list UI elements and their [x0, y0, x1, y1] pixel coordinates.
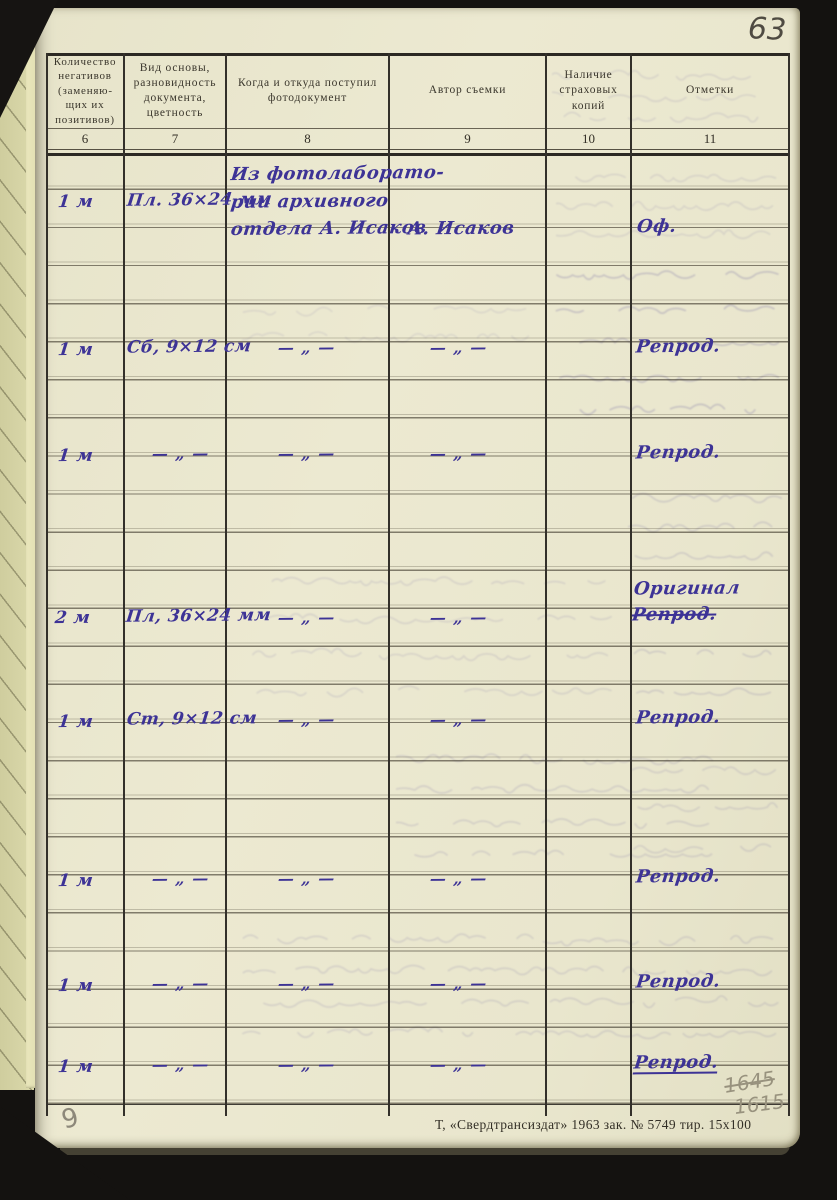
row3-marks: Репрод.	[635, 442, 722, 464]
row2-author: — „ —	[429, 338, 489, 358]
column-header-10: Наличие страховых копий	[547, 55, 630, 127]
column-line	[123, 53, 125, 1116]
row2-qty: 1 м	[57, 340, 94, 360]
row8-marks: Репрод.	[633, 1052, 720, 1074]
column-header-8: Когда и откуда поступил фотодокумент	[227, 55, 388, 127]
column-line	[545, 53, 547, 1116]
row3-source: — „ —	[277, 444, 337, 464]
row1-source-line3: отдела А. Исаков	[230, 217, 428, 240]
row4-marks-line2: Репрод.	[631, 604, 718, 626]
row5-author: — „ —	[429, 710, 489, 730]
ink-bleed	[242, 292, 538, 344]
column-header-9: Автор съемки	[390, 55, 545, 127]
header-bottom-thick	[46, 153, 790, 156]
row4-marks-line1: Оригинал	[633, 577, 741, 599]
column-number-11: 11	[632, 129, 788, 149]
row1-source-line1: Из фотолаборато-	[230, 162, 446, 185]
column-number-9: 9	[390, 129, 545, 149]
row5-base: Ст, 9×12 см	[126, 708, 258, 729]
column-line	[46, 53, 48, 1116]
row1-source-line2: рии архивного	[230, 190, 390, 213]
row4-qty: 2 м	[54, 608, 91, 628]
row7-author: — „ —	[429, 974, 489, 994]
row7-base: — „ —	[151, 974, 211, 994]
header-bottom-thin	[46, 149, 790, 150]
row5-source: — „ —	[277, 710, 337, 730]
ink-bleed	[630, 742, 786, 860]
row5-qty: 1 м	[57, 712, 94, 732]
row7-source: — „ —	[277, 974, 337, 994]
row8-author: — „ —	[429, 1055, 489, 1075]
row1-marks: Оф.	[636, 216, 678, 237]
column-header-6: Количество негативов (заменяю­щих их поз…	[47, 55, 123, 127]
pencil-corner-mark: 9	[59, 1102, 82, 1135]
column-number-10: 10	[547, 129, 630, 149]
column-line	[225, 53, 227, 1116]
row6-marks: Репрод.	[635, 866, 722, 888]
row6-author: — „ —	[429, 869, 489, 889]
row5-marks: Репрод.	[635, 707, 722, 729]
ruled-lines	[46, 152, 790, 1106]
row3-author: — „ —	[429, 444, 489, 464]
row8-qty: 1 м	[57, 1057, 94, 1077]
column-number-7: 7	[125, 129, 225, 149]
row1-author: А. Исаков	[407, 217, 516, 239]
scanned-archive-photo: Количество негативов (заменяю­щих их поз…	[0, 0, 837, 1200]
row2-marks: Репрод.	[635, 336, 722, 358]
ink-bleed	[250, 556, 618, 702]
printers-imprint: Т, «Свердтрансиздат» 1963 зак. № 5749 ти…	[435, 1117, 751, 1133]
row3-qty: 1 м	[57, 446, 94, 466]
row8-source: — „ —	[277, 1055, 337, 1075]
column-header-11: Отметки	[632, 55, 788, 127]
row6-base: — „ —	[151, 869, 211, 889]
ledger-page: Количество негативов (заменяю­щих их поз…	[35, 8, 800, 1148]
ink-bleed	[630, 630, 786, 702]
row4-author: — „ —	[429, 608, 489, 628]
ink-bleed	[628, 478, 786, 566]
page-number: 63	[747, 11, 787, 48]
table-border-bottom	[46, 1104, 790, 1106]
row6-qty: 1 м	[57, 871, 94, 891]
row7-qty: 1 м	[57, 976, 94, 996]
column-number-8: 8	[227, 129, 388, 149]
row6-source: — „ —	[277, 869, 337, 889]
column-line	[788, 53, 790, 1116]
row2-base: Сб, 9×12 см	[126, 336, 253, 357]
row2-source: — „ —	[277, 338, 337, 358]
row4-source: — „ —	[277, 608, 337, 628]
column-line	[630, 53, 632, 1116]
row8-base: — „ —	[151, 1055, 211, 1075]
row3-base: — „ —	[151, 444, 211, 464]
row4-base: Пл, 36×24 мм	[125, 605, 272, 627]
pencil-number: 1615	[733, 1089, 786, 1119]
column-line	[388, 53, 390, 1116]
column-number-6: 6	[47, 129, 123, 149]
column-header-7: Вид основы, разновидность документа, цве…	[125, 55, 225, 127]
row7-marks: Репрод.	[635, 971, 722, 993]
row1-qty: 1 м	[57, 192, 94, 212]
ink-bleed	[396, 736, 722, 864]
